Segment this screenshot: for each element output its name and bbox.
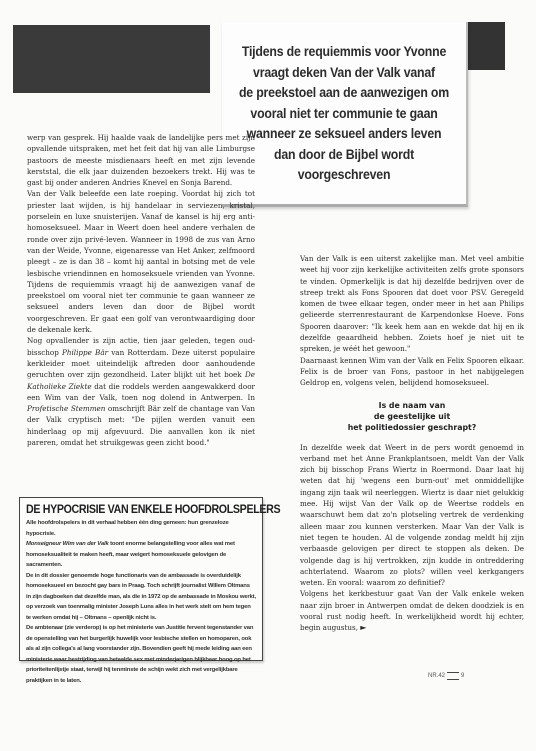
pull-quote-line: de preekstoel aan de aanwezigen om — [232, 83, 456, 104]
page-number: 9 — [461, 673, 464, 679]
paragraph: Volgens het kerkbestuur gaat Van der Val… — [300, 588, 524, 633]
pull-quote: Tijdens de requiemmis voor Yvonne vraagt… — [222, 22, 468, 207]
paragraph: Nog opvallender is zijn actie, tien jaar… — [27, 335, 255, 448]
page-footer: NR.42 9 — [428, 672, 464, 680]
sidebar-box-paragraph: De in dit dossier genoemde hoge function… — [26, 571, 256, 624]
sidebar-box-intro: Alle hoofdrolspelers in dit verhaal hebb… — [26, 518, 256, 539]
sidebar-box-title: DE HYPOCRISIE VAN ENKELE HOOFDROLSPELERS — [26, 502, 224, 516]
text-run: Volgens het kerkbestuur gaat Van der Val… — [300, 589, 524, 632]
paragraph: Van der Valk beleefde een late roeping. … — [27, 188, 255, 335]
subhead-line: de geestelijke uit — [300, 411, 524, 422]
pull-quote-line: wanneer ze seksueel anders leven — [232, 124, 456, 145]
sidebar-box-paragraph: De ambtenaar (zie verderop) is op het mi… — [26, 623, 256, 686]
sidebar-box-paragraph: Monseigneur Wim van der Valk toont enorm… — [26, 539, 256, 571]
subhead-line: het politiedossier geschrapt? — [300, 422, 524, 433]
pull-quote-line: voorgeschreven — [232, 165, 456, 186]
subhead: Is de naam van de geestelijke uit het po… — [300, 400, 524, 433]
header-black-bar-right — [465, 22, 505, 70]
sidebar-box-label: Monseigneur Wim van der Valk — [26, 541, 109, 547]
header-black-bar — [13, 25, 210, 93]
pull-quote-line: dan door de Bijbel wordt — [232, 145, 456, 166]
text-run-italic: Philippe Bär — [62, 348, 108, 357]
paragraph: werp van gesprek. Hij haalde vaak de lan… — [27, 132, 255, 188]
subhead-line: Is de naam van — [300, 400, 524, 411]
pull-quote-line: vraagt deken Van der Valk vanaf — [232, 63, 456, 84]
sidebar-box: DE HYPOCRISIE VAN ENKELE HOOFDROLSPELERS… — [19, 497, 263, 661]
paragraph: Daarnaast kennen Wim van der Valk en Fel… — [300, 355, 524, 389]
left-column: werp van gesprek. Hij haalde vaak de lan… — [27, 132, 255, 448]
continue-arrow-icon: ► — [360, 623, 366, 632]
paragraph: In dezelfde week dat Weert in de pers wo… — [300, 442, 524, 589]
paragraph: Van der Valk is een uiterst zakelijke ma… — [300, 253, 524, 355]
issue-number: NR.42 — [428, 673, 445, 679]
pull-quote-line: Tijdens de requiemmis voor Yvonne — [232, 42, 456, 63]
right-column: Van der Valk is een uiterst zakelijke ma… — [300, 253, 524, 634]
book-title: Profetische Stemmen — [27, 404, 105, 413]
magazine-logo-icon — [447, 672, 459, 680]
pull-quote-line: vooral niet ter communie te gaan — [232, 104, 456, 125]
